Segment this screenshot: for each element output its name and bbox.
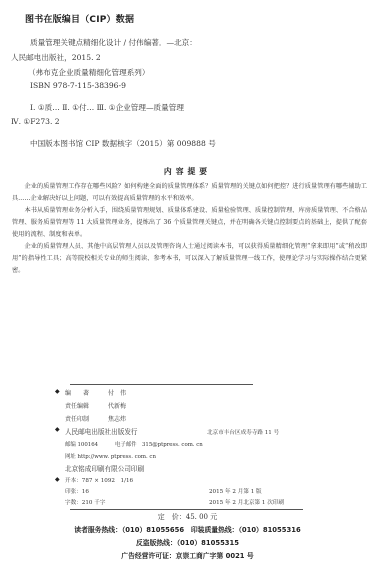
email: 电子邮件 315@ptpress. com. cn <box>115 440 203 448</box>
printing: 2015 年 2 月北京第 1 次印刷 <box>209 498 284 506</box>
website: 网址 http://www. ptpress. com. cn <box>65 452 156 460</box>
editor-label: 责任编辑 <box>65 401 89 410</box>
edition: 2015 年 2 月第 1 版 <box>209 487 262 495</box>
cip-line-publisher: 人民邮电出版社，2015. 2 <box>11 52 101 63</box>
summary-title: 内容提要 <box>0 166 375 177</box>
diamond-bullet-icon: ◆ <box>55 426 60 433</box>
colophon-bottom-rule <box>70 509 303 510</box>
diamond-bullet-icon: ◆ <box>55 388 60 395</box>
summary-paragraph: 本书从质量管理业务分析入手，围绕质量管理规划、质量体系建设、质量检验管理、质量控… <box>12 205 367 241</box>
sheets: 印张：16 <box>65 487 89 495</box>
cip-line-record-number: 中国版本图书馆 CIP 数据核字（2015）第 009888 号 <box>30 138 216 149</box>
author-name: 付 伟 <box>108 388 126 397</box>
author-label: 编 著 <box>65 388 89 397</box>
summary-paragraph: 企业的质量管理人员、其他中高层管理人员以及管理咨询人士通过阅读本书，可以获得质量… <box>12 241 367 277</box>
printer: 北京铭成印刷有限公司印刷 <box>65 463 144 473</box>
publisher: 人民邮电出版社出版发行 <box>65 426 138 436</box>
anti-piracy-hotline: 反盗版热线：（010）81055315 <box>0 537 375 547</box>
cip-line-classification: Ⅰ. ①质… Ⅱ. ①付… Ⅲ. ①企业管理—质量管理 <box>30 102 184 113</box>
colophon-top-rule <box>70 384 253 385</box>
reader-service-hotline: 读者服务热线：（010）81055656 印装质量热线：（010）8105531… <box>0 524 375 534</box>
cip-line-series: （弗布克企业质量精细化管理系列） <box>28 67 150 78</box>
postcode: 邮编 100164 <box>65 440 98 448</box>
cip-title: 图书在版编目（CIP）数据 <box>25 12 134 25</box>
format: 开本：787 × 1092 1/16 <box>65 476 133 484</box>
summary-body: 企业的质量管理工作存在哪些风险？如何构建全面的质量管理体系？质量管理的关键点如何… <box>12 181 367 277</box>
price: 定 价：45. 00 元 <box>0 512 375 522</box>
ad-license: 广告经营许可证：京崇工商广字第 0021 号 <box>0 550 375 560</box>
cip-line-title: 质量管理关键点精细化设计 / 付伟编著．—北京： <box>30 37 197 48</box>
diamond-bullet-icon: ◆ <box>55 476 60 483</box>
print-manager-label: 责任印制 <box>65 414 89 423</box>
print-manager-name: 焦志炜 <box>108 414 126 423</box>
summary-paragraph: 企业的质量管理工作存在哪些风险？如何构建全面的质量管理体系？质量管理的关键点如何… <box>12 181 367 205</box>
word-count: 字数：210 千字 <box>65 498 105 506</box>
publisher-address: 北京市丰台区成寿寺路 11 号 <box>207 428 279 436</box>
editor-name: 代新梅 <box>108 401 126 410</box>
cip-line-clc: Ⅳ. ①F273. 2 <box>11 117 60 126</box>
cip-line-isbn: ISBN 978-7-115-38396-9 <box>30 81 126 90</box>
